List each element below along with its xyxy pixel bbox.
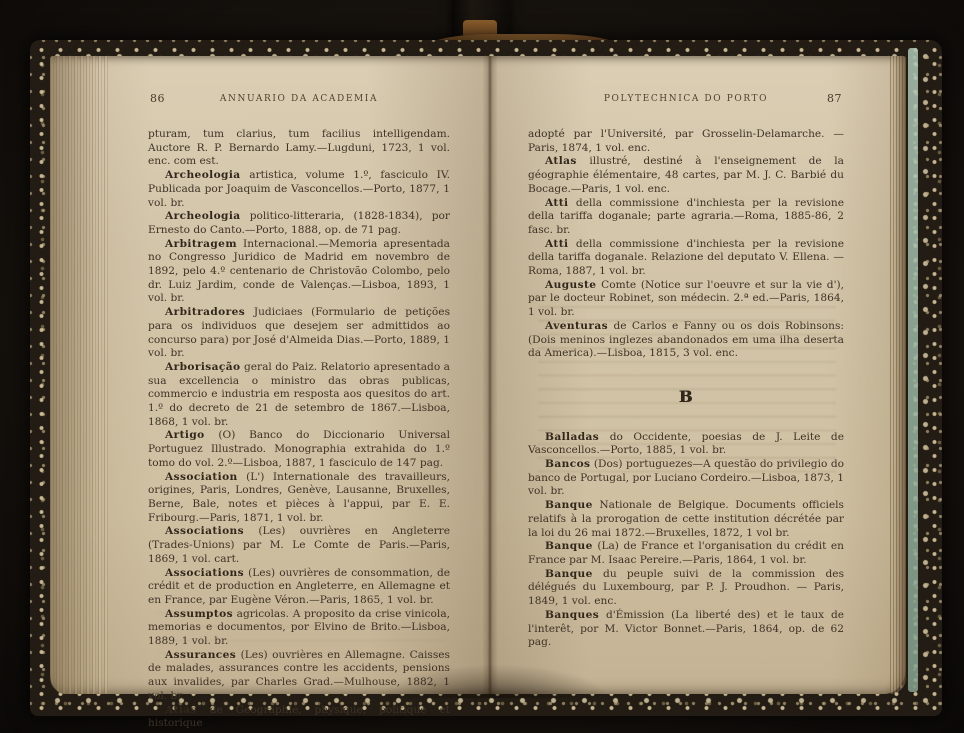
catalogue-entry: Atlas de Geographie, physique, politique… <box>148 704 450 731</box>
catalogue-entry: Archeologia politico-litteraria, (1828-1… <box>148 210 450 237</box>
catalogue-entry: Arbitragem Internacional.—Memoria aprese… <box>148 238 450 307</box>
catalogue-entry: Associations (Les) ouvrières en Angleter… <box>148 525 450 566</box>
left-page-body: pturam, tum clarius, tum facilius intell… <box>148 128 450 731</box>
entry-text: adopté par l'Université, par Grosselin-D… <box>528 128 844 154</box>
entry-headword: Atti <box>545 238 568 250</box>
page-edges-left <box>50 56 108 694</box>
catalogue-entry: Artigo (O) Banco do Diccionario Universa… <box>148 429 450 470</box>
right-page-header: POLYTECHNICA DO PORTO 87 <box>528 92 844 106</box>
catalogue-entry: Arbitradores Judiciaes (Formulario de pe… <box>148 306 450 361</box>
entry-headword: Archeologia <box>165 210 241 222</box>
catalogue-entry: Bancos (Dos) portuguezes—A questão do pr… <box>528 458 844 499</box>
entry-text: della commissione d'inchiesta per la rev… <box>528 197 844 236</box>
catalogue-entry: Assurances (Les) ouvrières en Allemagne.… <box>148 649 450 704</box>
entry-headword: Balladas <box>545 431 599 443</box>
running-title: POLYTECHNICA DO PORTO <box>528 94 844 104</box>
catalogue-entry: Banques d'Émission (La liberté des) et l… <box>528 609 844 650</box>
entry-text: della commissione d'inchiesta per la rev… <box>528 238 844 277</box>
entry-continuation: adopté par l'Université, par Grosselin-D… <box>528 128 844 155</box>
book-gutter <box>482 56 498 694</box>
entry-headword: Arborisação <box>165 361 241 373</box>
catalogue-entry: Arborisação geral do Paiz. Relatorio apr… <box>148 361 450 430</box>
catalogue-entry: Assumptos agricolas. A proposito da cris… <box>148 608 450 649</box>
entry-headword: Atlas <box>165 704 197 716</box>
left-page: 86 ANNUARIO DA ACADEMIA pturam, tum clar… <box>148 56 450 694</box>
entry-headword: Arbitradores <box>165 306 245 318</box>
section-letter: B <box>528 390 844 404</box>
entry-headword: Assumptos <box>165 608 233 620</box>
entry-headword: Artigo <box>165 429 205 441</box>
entry-headword: Association <box>165 471 238 483</box>
catalogue-entry: Banque Nationale de Belgique. Documents … <box>528 499 844 540</box>
catalogue-entry: Atlas illustré, destiné à l'enseignement… <box>528 155 844 196</box>
entry-headword: Atti <box>545 197 568 209</box>
catalogue-entry: Association (L') Internationale des trav… <box>148 471 450 526</box>
entry-headword: Banque <box>545 540 593 552</box>
catalogue-entry: Banque (La) de France et l'organisation … <box>528 540 844 567</box>
catalogue-entry: Archeologia artistica, volume 1.º, fasci… <box>148 169 450 210</box>
entry-headword: Bancos <box>545 458 590 470</box>
entry-headword: Banque <box>545 568 593 580</box>
entry-headword: Associations <box>165 567 244 579</box>
page-edges-right <box>890 56 906 694</box>
catalogue-entry: Auguste Comte (Notice sur l'oeuvre et su… <box>528 279 844 320</box>
catalogue-entry: Balladas do Occidente, poesias de J. Lei… <box>528 431 844 458</box>
entry-headword: Arbitragem <box>165 238 237 250</box>
entry-headword: Banques <box>545 609 599 621</box>
left-page-header: 86 ANNUARIO DA ACADEMIA <box>148 92 450 106</box>
entry-headword: Banque <box>545 499 593 511</box>
right-page: POLYTECHNICA DO PORTO 87 adopté par l'Un… <box>528 56 844 694</box>
entry-continuation: pturam, tum clarius, tum facilius intell… <box>148 128 450 169</box>
entry-headword: Auguste <box>545 279 596 291</box>
marbled-book-cover: 86 ANNUARIO DA ACADEMIA pturam, tum clar… <box>30 40 942 716</box>
catalogue-entry: Banque du peuple suivi de la commission … <box>528 568 844 609</box>
entry-headword: Assurances <box>165 649 236 661</box>
entry-headword: Atlas <box>545 155 577 167</box>
catalogue-entry: Aventuras de Carlos e Fanny ou os dois R… <box>528 320 844 361</box>
catalogue-entry: Atti della commissione d'inchiesta per l… <box>528 238 844 279</box>
catalogue-entry: Atti della commissione d'inchiesta per l… <box>528 197 844 238</box>
entry-headword: Associations <box>165 525 244 537</box>
entry-headword: Aventuras <box>545 320 608 332</box>
cover-edge-strip <box>908 48 918 692</box>
running-title: ANNUARIO DA ACADEMIA <box>148 94 450 104</box>
catalogue-entry: Associations (Les) ouvrières de consomma… <box>148 567 450 608</box>
entry-headword: Archeologia <box>165 169 241 181</box>
entry-text: pturam, tum clarius, tum facilius intell… <box>148 128 450 167</box>
right-page-body: adopté par l'Université, par Grosselin-D… <box>528 128 844 650</box>
photo-of-open-book: 86 ANNUARIO DA ACADEMIA pturam, tum clar… <box>0 0 964 733</box>
open-page-spread: 86 ANNUARIO DA ACADEMIA pturam, tum clar… <box>50 56 906 694</box>
page-number: 87 <box>827 92 842 105</box>
